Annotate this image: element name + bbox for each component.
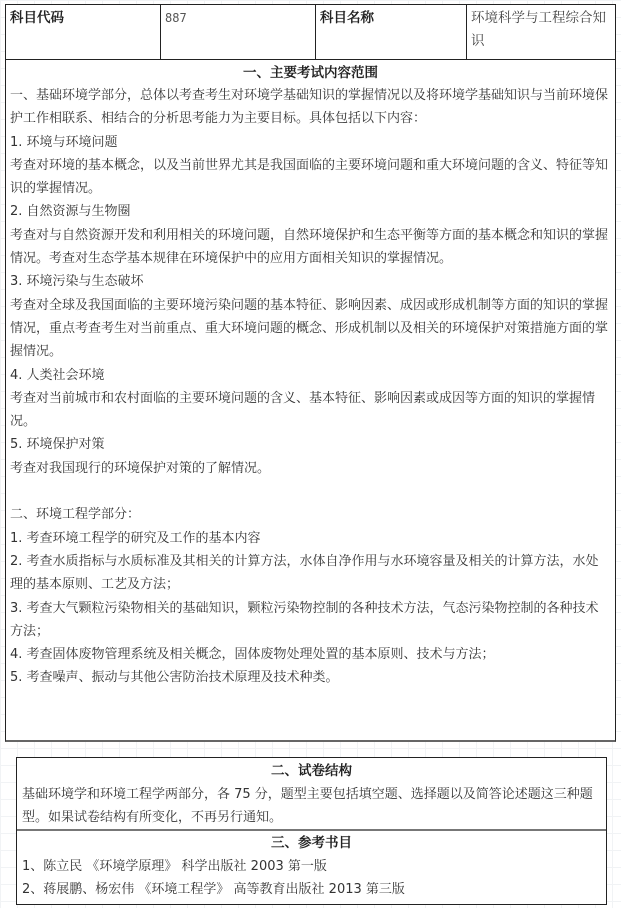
item-description: 考查对当前城市和农村面临的主要环境问题的含义、基本特征、影响因素或成因等方面的知…	[10, 387, 611, 434]
item-heading: 3. 环境污染与生态破坏	[10, 270, 611, 293]
item-heading: 1. 环境与环境问题	[10, 131, 611, 154]
blank-line	[10, 480, 611, 503]
subject-name-label: 科目名称	[316, 5, 467, 59]
item-description: 考查对环境的基本概念，以及当前世界尤其是我国面临的主要环境问题和重大环境问题的含…	[10, 154, 611, 201]
item-heading: 5. 环境保护对策	[10, 433, 611, 456]
reference-books-section: 三、参考书目 1、陈立民 《环境学原理》 科学出版社 2003 第一版 2、蒋展…	[17, 831, 606, 901]
exam-syllabus-table: 科目代码 887 科目名称 环境科学与工程综合知识 一、主要考试内容范围 一、基…	[5, 4, 616, 742]
list-item: 1. 考查环境工程学的研究及工作的基本内容	[10, 527, 611, 550]
list-item: 5. 考查噪声、振动与其他公害防治技术原理及技术种类。	[10, 666, 611, 689]
exam-structure-text: 基础环境学和环境工程学两部分，各 75 分，题型主要包括填空题、选择题以及简答论…	[22, 783, 601, 829]
exam-structure-text-wrap: 基础环境学和环境工程学两部分，各 75 分，题型主要包括填空题、选择题以及简答论…	[17, 783, 606, 829]
subject-name-value: 环境科学与工程综合知识	[467, 5, 615, 59]
item-description: 考查对与自然资源开发和利用相关的环境问题，自然环境保护和生态平衡等方面的基本概念…	[10, 224, 611, 271]
exam-structure-table: 二、试卷结构 基础环境学和环境工程学两部分，各 75 分，题型主要包括填空题、选…	[16, 757, 607, 905]
item-heading: 2. 自然资源与生物圈	[10, 200, 611, 223]
subject-code-label: 科目代码	[6, 5, 161, 59]
part-heading: 二、环境工程学部分：	[10, 503, 611, 526]
reference-book-list: 1、陈立民 《环境学原理》 科学出版社 2003 第一版 2、蒋展鹏、杨宏伟 《…	[17, 855, 606, 901]
exam-scope-content: 一、基础环境学部分，总体以考查考生对环境学基础知识的掌握情况以及将环境学基础知识…	[6, 84, 615, 690]
reference-book-item: 2、蒋展鹏、杨宏伟 《环境工程学》 高等教育出版社 2013 第三版	[22, 878, 601, 901]
paragraph-intro: 一、基础环境学部分，总体以考查考生对环境学基础知识的掌握情况以及将环境学基础知识…	[10, 84, 611, 131]
section-title-reference-books: 三、参考书目	[17, 832, 606, 855]
section-title-exam-structure: 二、试卷结构	[17, 760, 606, 783]
subject-code-value: 887	[161, 5, 316, 59]
item-heading: 4. 人类社会环境	[10, 364, 611, 387]
reference-book-item: 1、陈立民 《环境学原理》 科学出版社 2003 第一版	[22, 855, 601, 878]
list-item: 4. 考查固体废物管理系统及相关概念，固体废物处理处置的基本原则、技术与方法；	[10, 643, 611, 666]
list-item: 3. 考查大气颗粒污染物相关的基础知识，颗粒污染物控制的各种技术方法，气态污染物…	[10, 597, 611, 644]
exam-structure-section: 二、试卷结构 基础环境学和环境工程学两部分，各 75 分，题型主要包括填空题、选…	[17, 758, 606, 831]
list-item: 2. 考查水质指标与水质标准及其相关的计算方法，水体自净作用与水环境容量及相关的…	[10, 550, 611, 597]
item-description: 考查对我国现行的环境保护对策的了解情况。	[10, 457, 611, 480]
subject-header-row: 科目代码 887 科目名称 环境科学与工程综合知识	[6, 5, 615, 60]
item-description: 考查对全球及我国面临的主要环境污染问题的基本特征、影响因素、成因或形成机制等方面…	[10, 294, 611, 364]
section-title-exam-scope: 一、主要考试内容范围	[6, 62, 615, 84]
